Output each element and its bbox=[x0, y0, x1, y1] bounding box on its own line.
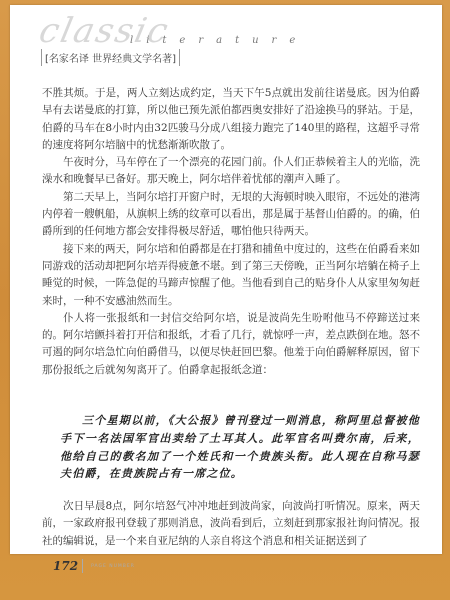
page-number-label: PAGE NUMBER bbox=[91, 564, 135, 569]
page-footer: 172 PAGE NUMBER bbox=[53, 559, 135, 573]
body-text: 不胜其烦。于是，两人立刻达成约定，当天下午5点就出发前往诺曼底。因为伯爵早有去诺… bbox=[42, 85, 420, 379]
series-label: [名家名译 世界经典文学名著] bbox=[41, 49, 180, 66]
page-number: 172 bbox=[53, 559, 83, 573]
quote-text: 三个星期以前，《大公报》曾刊登过一则消息，称阿里总督被他手下一名法国军官出卖给了… bbox=[60, 412, 420, 483]
script-subtitle: literature bbox=[130, 35, 308, 46]
book-page: classic literature [名家名译 世界经典文学名著] 不胜其烦。… bbox=[10, 5, 442, 554]
paragraph: 午夜时分，马车停在了一个漂亮的花园门前。仆人们正恭候着主人的光临，洗澡水和晚餐早… bbox=[42, 154, 420, 189]
series-label-text: 名家名译 世界经典文学名著 bbox=[49, 54, 172, 65]
body-text-continued: 次日早晨8点，阿尔培怒气冲冲地赶到波尚家，向波尚打听情况。原来，两天前，一家政府… bbox=[42, 498, 420, 550]
paragraph: 次日早晨8点，阿尔培怒气冲冲地赶到波尚家，向波尚打听情况。原来，两天前，一家政府… bbox=[42, 498, 420, 550]
paragraph: 第二天早上，当阿尔培打开窗户时，无垠的大海顿时映入眼帘，不远处的港湾内停着一艘帆… bbox=[42, 189, 420, 241]
paragraph: 仆人将一张报纸和一封信交给阿尔培，说是波尚先生吩咐他马不停蹄送过来的。阿尔培颤抖… bbox=[42, 310, 420, 379]
newspaper-quote: 三个星期以前，《大公报》曾刊登过一则消息，称阿里总督被他手下一名法国军官出卖给了… bbox=[60, 412, 420, 483]
paragraph: 接下来的两天，阿尔培和伯爵都是在打猎和捕鱼中度过的，这些在伯爵看来如同游戏的活动… bbox=[42, 241, 420, 310]
paragraph: 不胜其烦。于是，两人立刻达成约定，当天下午5点就出发前往诺曼底。因为伯爵早有去诺… bbox=[42, 85, 420, 154]
wood-frame: classic literature [名家名译 世界经典文学名著] 不胜其烦。… bbox=[0, 0, 450, 600]
